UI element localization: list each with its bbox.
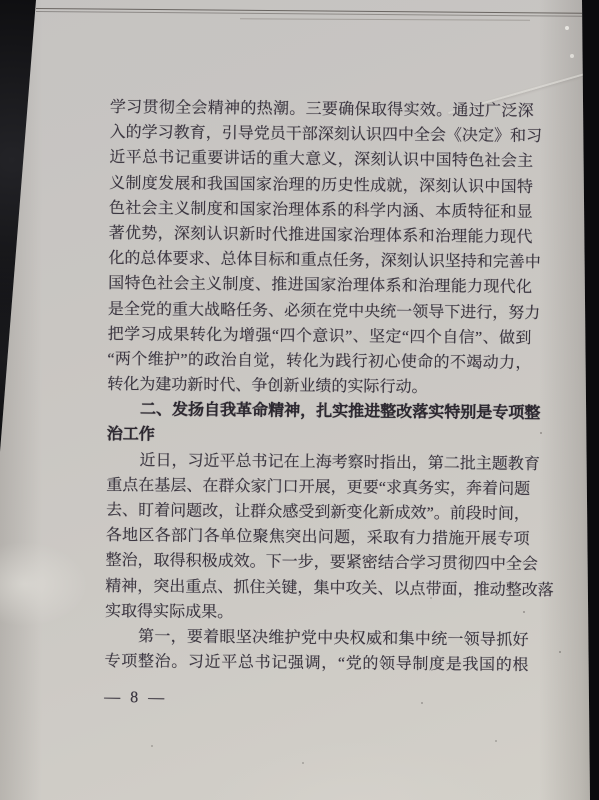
page-number: — 8 — bbox=[104, 687, 528, 713]
text-line: 专项整治。习近平总书记强调，“党的领导制度是我国的根 bbox=[104, 649, 528, 678]
document-text: 学习贯彻全会精神的热潮。三要确保取得实效。通过广泛深入的学习教育，引导党员干部深… bbox=[104, 95, 534, 713]
photo-background: 学习贯彻全会精神的热潮。三要确保取得实效。通过广泛深入的学习教育，引导党员干部深… bbox=[0, 0, 599, 800]
text-line: 二、发扬自我革命精神，扎实推进整改落实特别是专项整 bbox=[107, 397, 531, 426]
paper-specks bbox=[0, 0, 2, 2]
document-page: 学习贯彻全会精神的热潮。三要确保取得实效。通过广泛深入的学习教育，引导党员干部深… bbox=[0, 0, 599, 800]
fold-line bbox=[36, 8, 597, 17]
fold-line-faint bbox=[240, 18, 530, 21]
